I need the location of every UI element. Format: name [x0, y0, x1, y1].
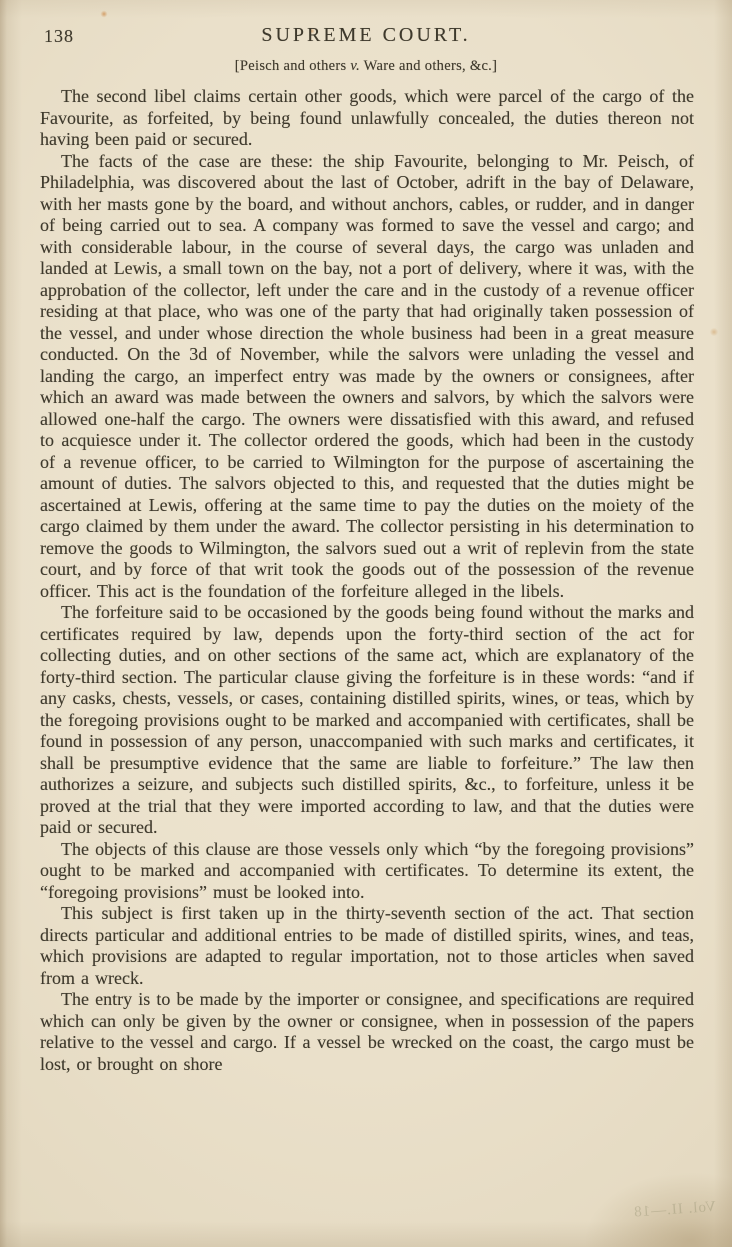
case-caption: [Peisch and others v. Ware and others, &…	[0, 58, 732, 75]
paragraph-4: The objects of this clause are those ves…	[40, 839, 694, 904]
running-head: SUPREME COURT.	[0, 24, 732, 47]
case-caption-versus: v.	[350, 58, 360, 74]
page-header: 138 SUPREME COURT.	[0, 24, 732, 50]
paragraph-2: The facts of the case are these: the shi…	[40, 151, 694, 603]
paragraph-6: The entry is to be made by the importer …	[40, 989, 694, 1075]
case-caption-open: [Peisch and others	[235, 58, 351, 74]
reverse-page-show-through: Vol. II.—18	[596, 1199, 717, 1224]
paragraph-5: This subject is first taken up in the th…	[40, 903, 694, 989]
scanned-book-page: 138 SUPREME COURT. [Peisch and others v.…	[0, 0, 732, 1247]
paragraph-1: The second libel claims certain other go…	[40, 86, 694, 151]
case-caption-close: Ware and others, &c.]	[360, 58, 497, 74]
body-text: The second libel claims certain other go…	[40, 86, 694, 1075]
paragraph-3: The forfeiture said to be occasioned by …	[40, 602, 694, 839]
